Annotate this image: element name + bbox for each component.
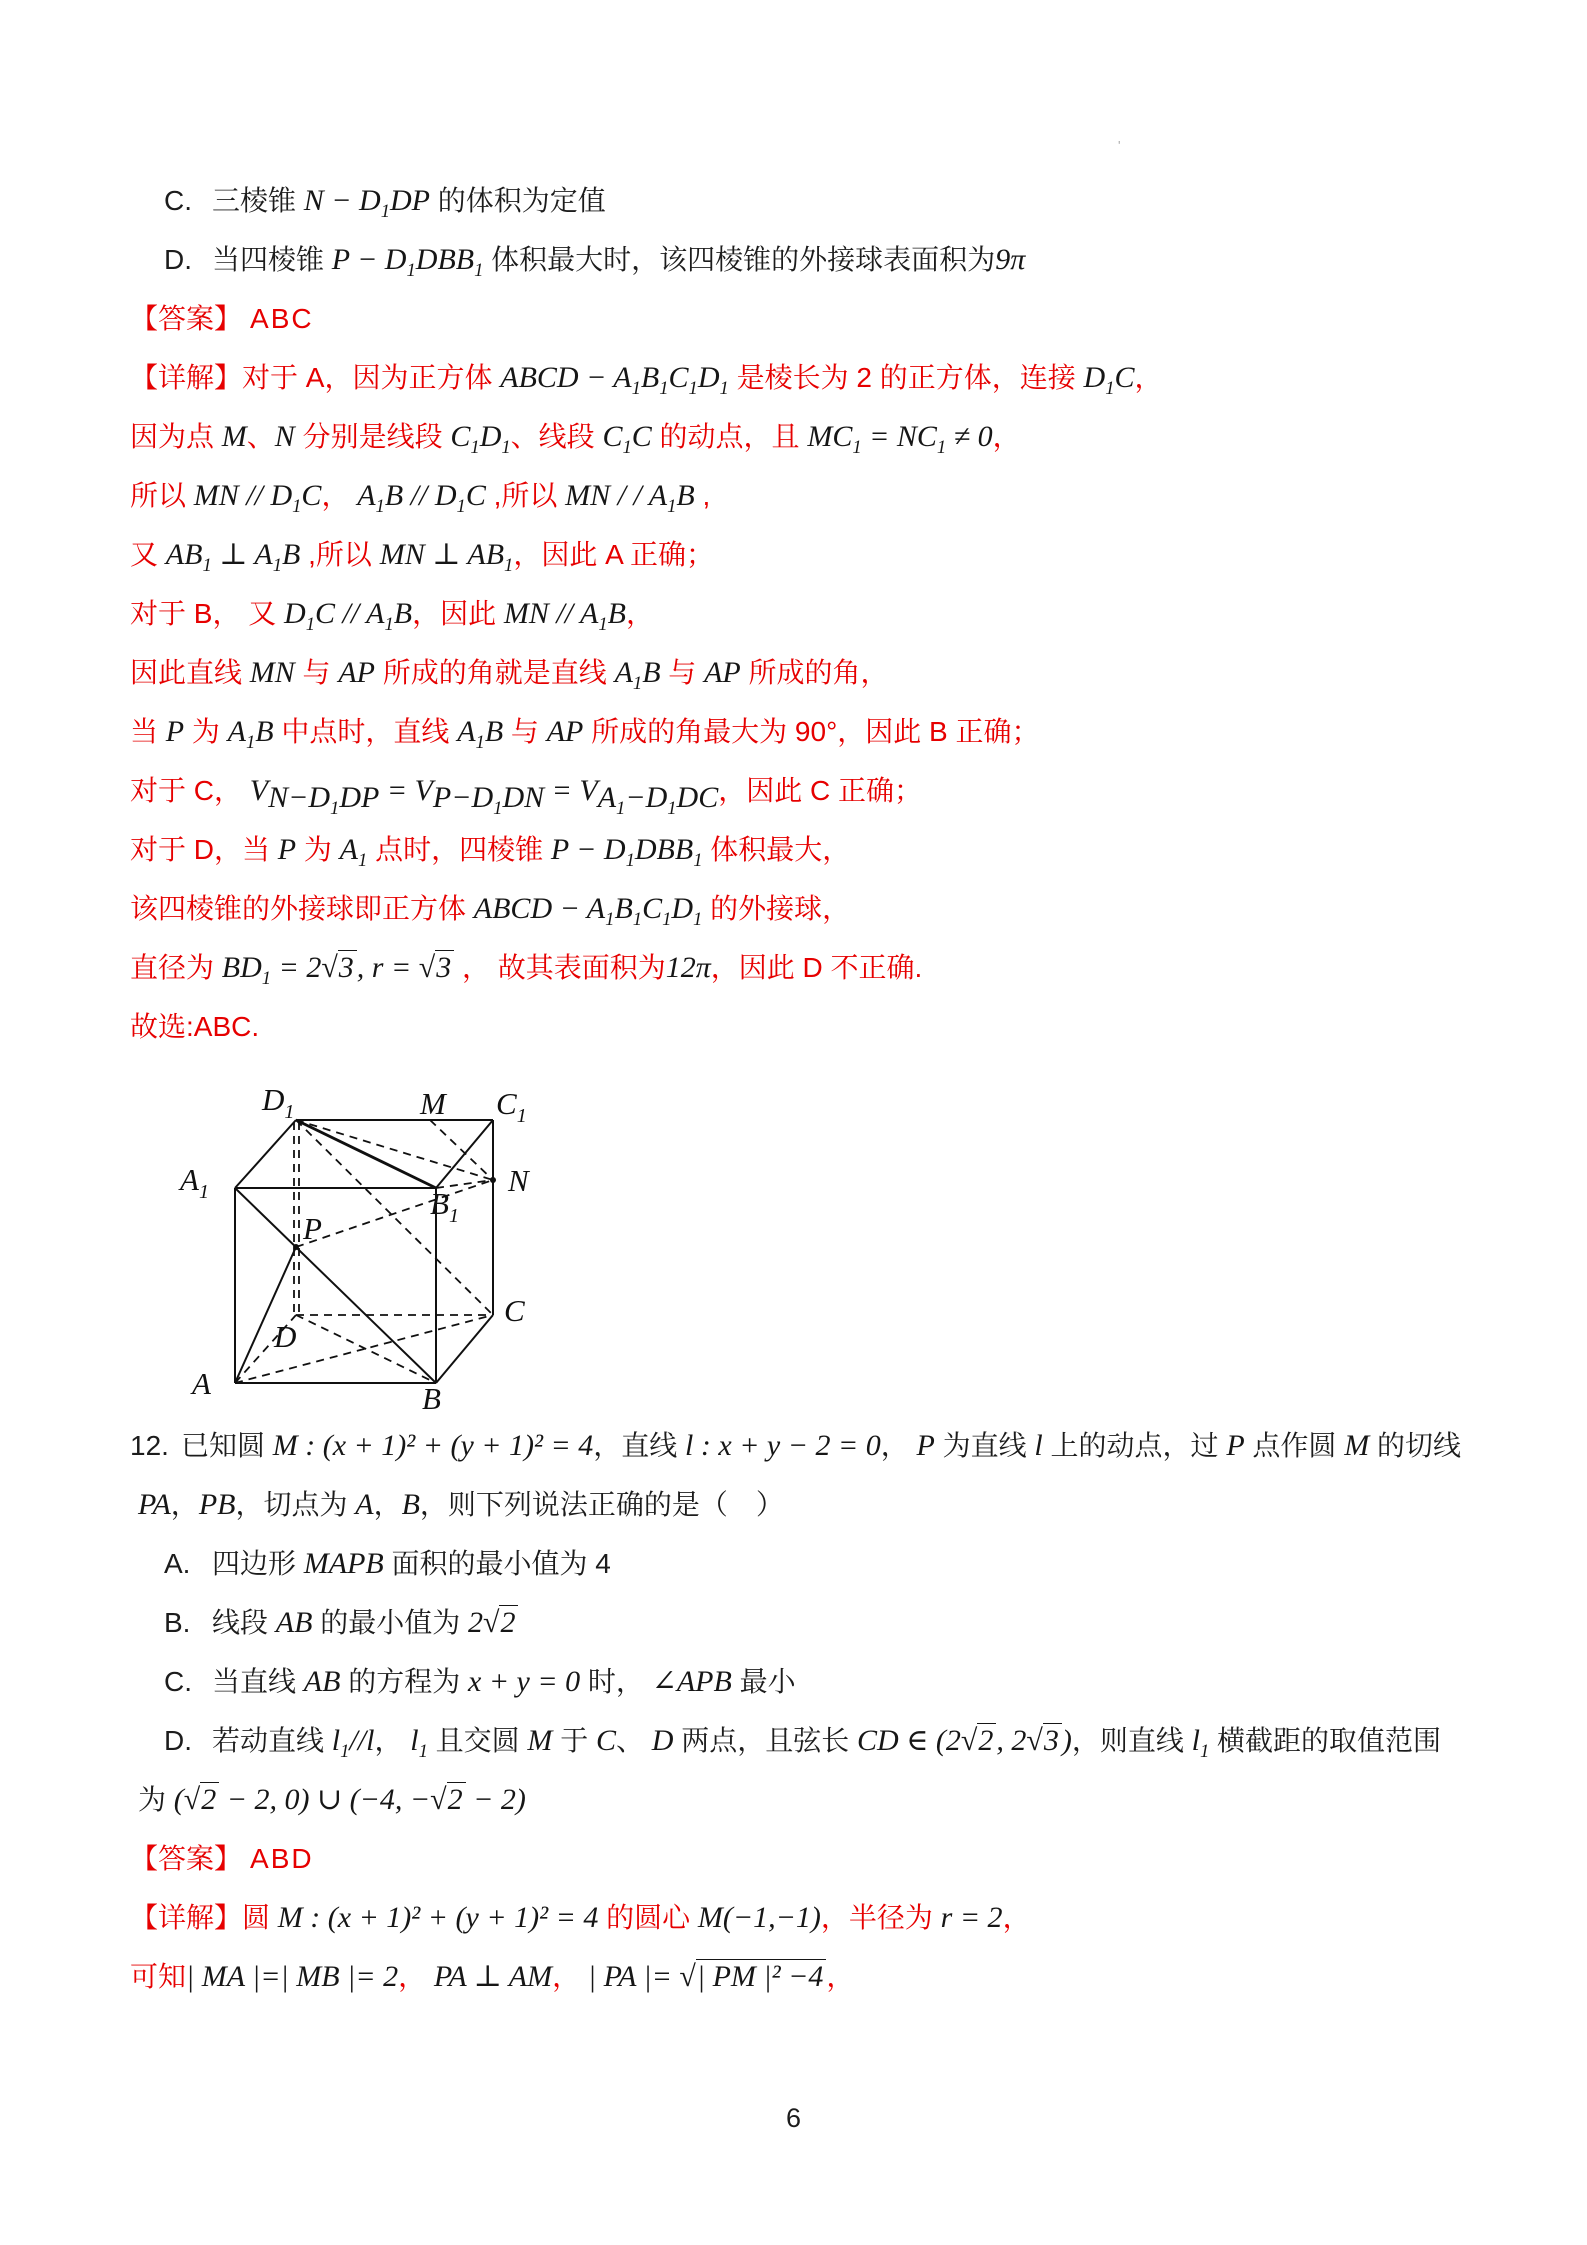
- q12-option-b: B.线段 AB 的最小值为 2√2: [130, 1605, 1477, 1641]
- label-n: N: [507, 1163, 531, 1198]
- q12-option-d: D.若动直线 l1//l， l1 且交圆 M 于 C、 D 两点，且弦长 CD …: [130, 1723, 1477, 1759]
- q11-option-c-text: 三棱锥 N − D1DP 的体积为定值: [212, 185, 606, 216]
- edge-cb: [436, 1315, 493, 1383]
- segment-ap: [235, 1247, 296, 1383]
- page-number: 6: [0, 2103, 1587, 2134]
- q11-detail-line: 当 P 为 A1B 中点时，直线 A1B 与 AP 所成的角最大为 90°，因此…: [130, 714, 1477, 750]
- label-c1: C1: [496, 1086, 527, 1127]
- q11-option-c-label: C.: [164, 183, 194, 219]
- q11-detail-line: 直径为 BD1 = 2√3, r = √3 ， 故其表面积为12π，因此 D 不…: [130, 950, 1477, 986]
- q11-answer-value: ABC: [250, 303, 314, 334]
- q12-option-d-text: 若动直线 l1//l， l1 且交圆 M 于 C、 D 两点，且弦长 CD ∈ …: [212, 1725, 1441, 1756]
- q11-detail-line: 又 AB1 ⊥ A1B ,所以 MN ⊥ AB1，因此 A 正确；: [130, 537, 1477, 573]
- q12-answer-row: 【答案】ABD: [130, 1841, 1477, 1877]
- q11-option-d-label: D.: [164, 242, 194, 278]
- q11-detail-line: 对于 D，当 P 为 A1 点时，四棱锥 P − D1DBB1 体积最大，: [130, 832, 1477, 868]
- q11-detail-line: 因为点 M、N 分别是线段 C1D1、线段 C1C 的动点，且 MC1 = NC…: [130, 419, 1477, 455]
- label-c: C: [504, 1293, 525, 1328]
- q12-option-c: C.当直线 AB 的方程为 x + y = 0 时， ∠APB 最小: [130, 1664, 1477, 1700]
- label-m: M: [419, 1086, 448, 1121]
- q11-detail-line: 该四棱锥的外接球即正方体 ABCD − A1B1C1D1 的外接球，: [130, 891, 1477, 927]
- q12-number: 12.: [130, 1428, 169, 1464]
- q12-option-a: A.四边形 MAPB 面积的最小值为 4: [130, 1546, 1477, 1582]
- q12-option-a-text: 四边形 MAPB 面积的最小值为 4: [212, 1548, 611, 1579]
- q12-option-c-text: 当直线 AB 的方程为 x + y = 0 时， ∠APB 最小: [212, 1666, 796, 1697]
- q11-answer-row: 【答案】ABC: [130, 301, 1477, 337]
- point-n: [490, 1177, 496, 1183]
- q12-intro-line2: PA，PB，切点为 A，B，则下列说法正确的是（ ）: [130, 1487, 1477, 1523]
- q12-intro-line1: 12.已知圆 M : (x + 1)² + (y + 1)² = 4，直线 l …: [130, 1428, 1477, 1464]
- diag-a1b: [235, 1188, 436, 1383]
- answer-tag: 【答案】: [130, 1843, 242, 1874]
- q12-answer-value: ABD: [250, 1843, 314, 1874]
- q12-option-b-text: 线段 AB 的最小值为 2√2: [212, 1607, 518, 1638]
- q12-option-a-label: A.: [164, 1546, 194, 1582]
- point-p: [293, 1244, 299, 1250]
- q11-detail-line: 对于 C， VN−D1DP = VP−D1DN = VA1−D1DC，因此 C …: [130, 773, 1477, 809]
- label-p: P: [302, 1211, 322, 1246]
- cube-figure: D1 M C1 A1 B1 N P D C A B: [148, 1068, 618, 1416]
- q11-detail-line: 【详解】对于 A，因为正方体 ABCD − A1B1C1D1 是棱长为 2 的正…: [130, 360, 1477, 396]
- line-pn-dashed: [296, 1180, 493, 1247]
- edge-a1d1: [235, 1120, 296, 1188]
- q11-detail-line: 对于 B， 又 D1C // A1B，因此 MN // A1B，: [130, 596, 1477, 632]
- label-b1: B1: [430, 1186, 459, 1227]
- diag-db-dashed: [296, 1315, 436, 1383]
- label-a: A: [190, 1366, 212, 1401]
- q12-option-c-label: C.: [164, 1664, 194, 1700]
- q12-option-b-label: B.: [164, 1605, 194, 1641]
- q12-detail-line: 可知| MA |=| MB |= 2， PA ⊥ AM， | PA |= √| …: [130, 1959, 1477, 1995]
- diag-d1b1: [296, 1120, 436, 1188]
- q11-option-c: C.三棱锥 N − D1DP 的体积为定值: [130, 183, 1477, 219]
- q12-option-d-label: D.: [164, 1723, 194, 1759]
- label-d: D: [273, 1319, 296, 1354]
- q12-intro-text: 已知圆 M : (x + 1)² + (y + 1)² = 4，直线 l : x…: [181, 1430, 1461, 1461]
- label-d1: D1: [261, 1082, 294, 1123]
- q11-detail-line: 因此直线 MN 与 AP 所成的角就是直线 A1B 与 AP 所成的角，: [130, 655, 1477, 691]
- q12-detail-line: 【详解】圆 M : (x + 1)² + (y + 1)² = 4 的圆心 M(…: [130, 1900, 1477, 1936]
- label-b: B: [422, 1381, 441, 1416]
- answer-tag: 【答案】: [130, 303, 242, 334]
- q11-option-d: D.当四棱锥 P − D1DBB1 体积最大时，该四棱锥的外接球表面积为9π: [130, 242, 1477, 278]
- q11-option-d-text: 当四棱锥 P − D1DBB1 体积最大时，该四棱锥的外接球表面积为9π: [212, 244, 1025, 275]
- q12-option-d-continuation: 为 (√2 − 2, 0) ∪ (−4, −√2 − 2): [130, 1782, 1477, 1818]
- q11-detail-line: 所以 MN // D1C， A1B // D1C ,所以 MN / / A1B …: [130, 478, 1477, 514]
- label-a1: A1: [178, 1162, 209, 1203]
- stray-mark: ': [1118, 138, 1120, 153]
- q11-detail-line: 故选:ABC.: [130, 1009, 1477, 1045]
- document-page: C.三棱锥 N − D1DP 的体积为定值 D.当四棱锥 P − D1DBB1 …: [0, 0, 1587, 2245]
